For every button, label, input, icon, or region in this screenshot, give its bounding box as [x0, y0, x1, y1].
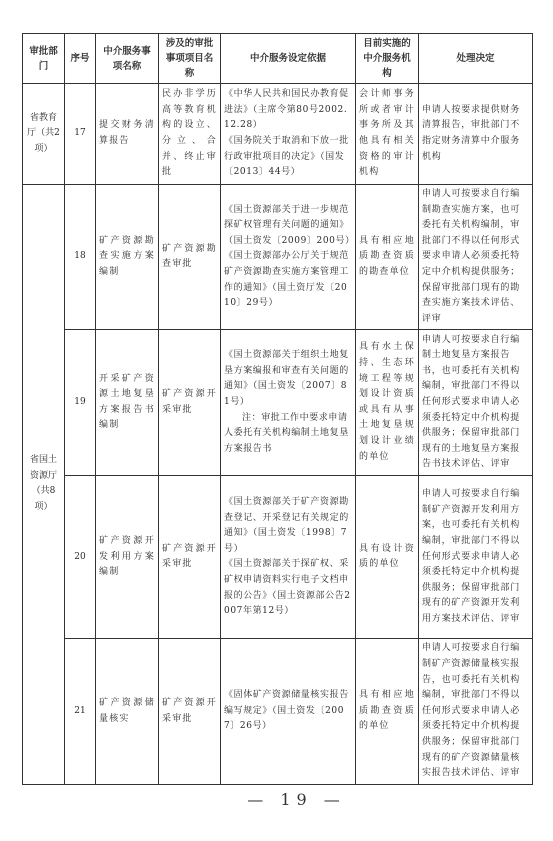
basis-cell: 《国土资源部关于进一步规范探矿权管理有关问题的通知》（国土资发〔2009〕200… — [221, 185, 356, 330]
approval-item-cell: 民办非学历高等教育机构的设立、分立、合并、终止审批 — [159, 84, 221, 185]
table-header-row: 审批部门 序号 中介服务事项名称 涉及的审批事项项目名称 中介服务设定依据 目前… — [23, 34, 533, 84]
header-decision: 处理决定 — [419, 34, 533, 84]
seq-cell: 18 — [65, 185, 96, 330]
table-row: 省国土资源厅（共8项） 18 矿产资源勘查实施方案编制 矿产资源勘查审批 《国土… — [23, 185, 533, 330]
dept-cell: 省国土资源厅（共8项） — [23, 185, 65, 785]
dept-cell: 省教育厅（共2项） — [23, 84, 65, 185]
basis-cell: 《国土资源部关于矿产资源勘查登记、开采登记有关规定的通知》（国土资发〔1998〕… — [221, 476, 356, 639]
header-service-name: 中介服务事项名称 — [96, 34, 159, 84]
basis-doc: 《国土资源部关于探矿权、采矿权申请资料实行电子文档申报的公告》（国土资源部公告2… — [224, 557, 352, 619]
seq-cell: 17 — [65, 84, 96, 185]
header-basis: 中介服务设定依据 — [221, 34, 356, 84]
service-name-cell: 矿产资源储量核实 — [96, 639, 159, 784]
header-approval-item: 涉及的审批事项项目名称 — [159, 34, 221, 84]
approval-item-cell: 矿产资源开采审批 — [159, 330, 221, 476]
basis-doc: 《国土资源部关于进一步规范探矿权管理有关问题的通知》（国土资发〔2009〕200… — [224, 203, 352, 250]
service-name-cell: 矿产资源勘查实施方案编制 — [96, 185, 159, 330]
decision-cell: 申请人可按要求自行编制土地复垦方案报告书，也可委托有关机构编制，审批部门不得以任… — [419, 330, 533, 476]
agency-cell: 会计师事务所或者审计事务所及其他具有相关资格的审计机构 — [356, 84, 419, 185]
basis-doc: 《国务院关于取消和下放一批行政审批项目的决定》（国发〔2013〕44号） — [224, 134, 352, 181]
decision-cell: 申请人可按要求自行编制矿产资源开发利用方案，也可委托有关机构编制，审批部门不得以… — [419, 476, 533, 639]
header-seq: 序号 — [65, 34, 96, 84]
basis-doc: 《国土资源部关于组织土地复垦方案编报和审查有关问题的通知》（国土资发〔2007〕… — [224, 348, 352, 410]
agency-cell: 具有相应地质勘查资质的勘查单位 — [356, 185, 419, 330]
table-row: 19 开采矿产资源土地复垦方案报告书编制 矿产资源开采审批 《国土资源部关于组织… — [23, 330, 533, 476]
basis-doc: 《固体矿产资源储量核实报告编写规定》（国土资发〔2007〕26号） — [224, 688, 352, 735]
approval-item-cell: 矿产资源开采审批 — [159, 476, 221, 639]
header-dept: 审批部门 — [23, 34, 65, 84]
agency-cell: 具有相应地质勘查资质的单位 — [356, 639, 419, 784]
decision-cell: 申请人按要求提供财务清算报告，审批部门不指定财务清算中介服务机构 — [419, 84, 533, 185]
basis-doc: 《国土资源部关于矿产资源勘查登记、开采登记有关规定的通知》（国土资发〔1998〕… — [224, 495, 352, 557]
agency-cell: 具有设计资质的单位 — [356, 476, 419, 639]
basis-cell: 《中华人民共和国民办教育促进法》（主席令第80号2002.12.28） 《国务院… — [221, 84, 356, 185]
approval-item-cell: 矿产资源勘查审批 — [159, 185, 221, 330]
seq-cell: 20 — [65, 476, 96, 639]
seq-cell: 19 — [65, 330, 96, 476]
approval-item-cell: 矿产资源开采审批 — [159, 639, 221, 784]
basis-doc: 《国土资源部办公厅关于规范矿产资源勘查实施方案管理工作的通知》（国土资厅发〔20… — [224, 249, 352, 311]
table-row: 21 矿产资源储量核实 矿产资源开采审批 《固体矿产资源储量核实报告编写规定》（… — [23, 639, 533, 784]
basis-doc: 《中华人民共和国民办教育促进法》（主席令第80号2002.12.28） — [224, 87, 352, 134]
service-name-cell: 矿产资源开发利用方案编制 — [96, 476, 159, 639]
agency-cell: 具有水土保持、生态环境工程等规划设计资质或具有从事土地复垦规划设计业绩的单位 — [356, 330, 419, 476]
decision-cell: 申请人可按要求自行编制矿产资源储量核实报告，也可委托有关机构编制，审批部门不得以… — [419, 639, 533, 784]
page-number: — 19 — — [0, 790, 553, 809]
header-agency: 目前实施的中介服务机构 — [356, 34, 419, 84]
basis-note: 注：审批工作中要求申请人委托有关机构编制土地复垦方案报告书 — [224, 411, 352, 458]
service-name-cell: 提交财务清算报告 — [96, 84, 159, 185]
table-row: 20 矿产资源开发利用方案编制 矿产资源开采审批 《国土资源部关于矿产资源勘查登… — [23, 476, 533, 639]
seq-cell: 21 — [65, 639, 96, 784]
table-row: 省教育厅（共2项） 17 提交财务清算报告 民办非学历高等教育机构的设立、分立、… — [23, 84, 533, 185]
decision-cell: 申请人可按要求自行编制勘查实施方案，也可委托有关机构编制，审批部门不得以任何形式… — [419, 185, 533, 330]
intermediary-services-table: 审批部门 序号 中介服务事项名称 涉及的审批事项项目名称 中介服务设定依据 目前… — [22, 33, 533, 785]
basis-cell: 《国土资源部关于组织土地复垦方案编报和审查有关问题的通知》（国土资发〔2007〕… — [221, 330, 356, 476]
basis-cell: 《固体矿产资源储量核实报告编写规定》（国土资发〔2007〕26号） — [221, 639, 356, 784]
service-name-cell: 开采矿产资源土地复垦方案报告书编制 — [96, 330, 159, 476]
